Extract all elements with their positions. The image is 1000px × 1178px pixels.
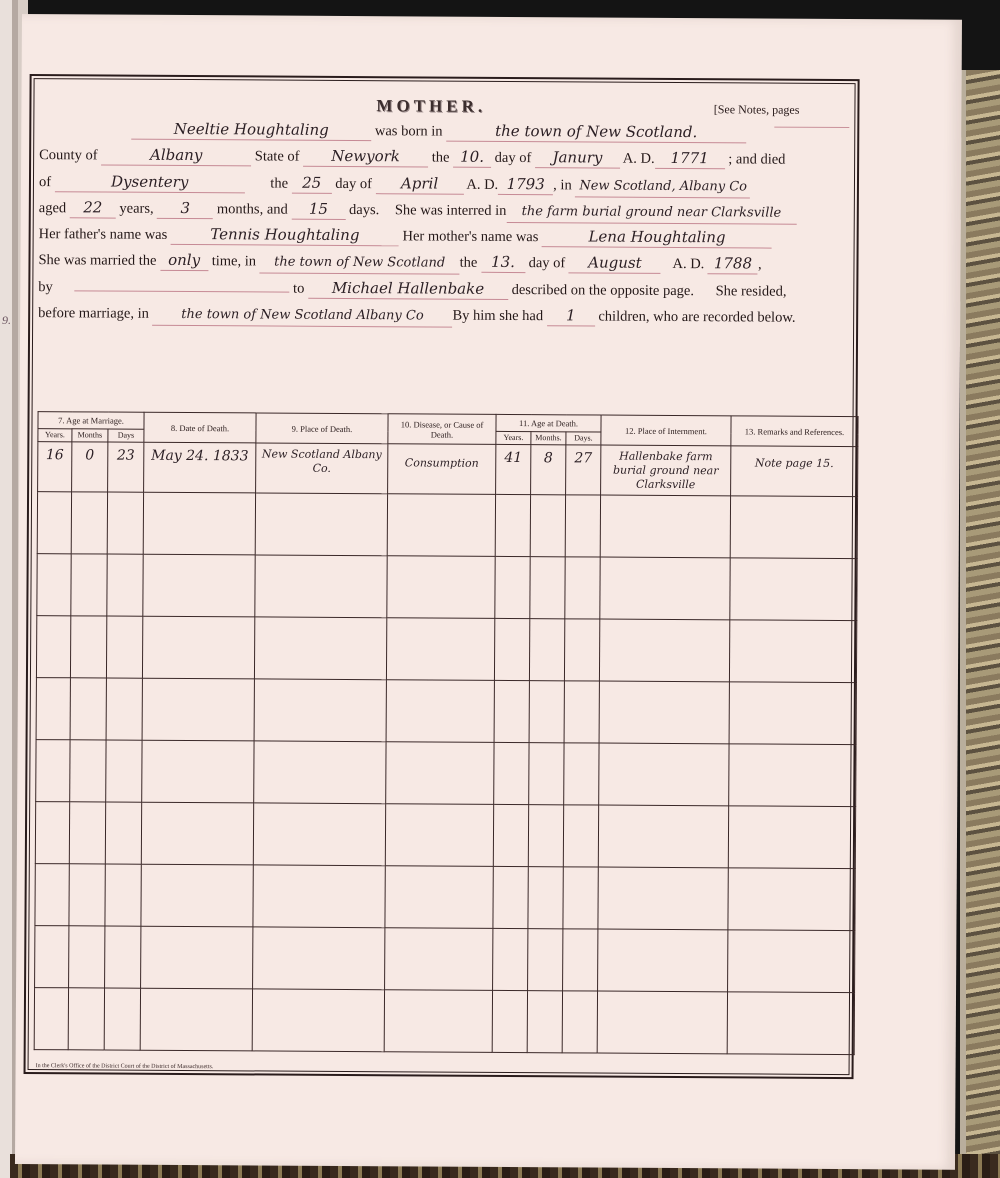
empty-cell[interactable]	[598, 867, 728, 930]
label: day of	[335, 176, 372, 192]
empty-cell[interactable]	[34, 988, 68, 1050]
label: months, and	[217, 201, 288, 217]
empty-cell[interactable]	[69, 926, 105, 988]
cell-text: Note page 15.	[731, 446, 857, 471]
label: the	[432, 150, 450, 166]
empty-cell[interactable]	[529, 619, 564, 681]
empty-cell[interactable]	[529, 743, 564, 805]
empty-cell[interactable]	[70, 740, 106, 802]
empty-cell[interactable]	[142, 678, 254, 741]
empty-cell[interactable]	[387, 494, 495, 557]
empty-cell[interactable]	[564, 743, 599, 805]
empty-cell[interactable]	[384, 990, 492, 1053]
header-date-death: 8. Date of Death.	[144, 412, 256, 443]
empty-cell[interactable]	[385, 866, 493, 929]
empty-cell[interactable]	[255, 555, 387, 618]
cell-text: Hallenbake farm burial ground near Clark…	[601, 446, 730, 493]
empty-cell[interactable]	[600, 557, 730, 620]
empty-cell[interactable]	[254, 617, 386, 680]
empty-cell[interactable]	[493, 866, 528, 928]
empty-cell[interactable]	[728, 868, 855, 931]
margin-notes: 9.	[2, 100, 16, 340]
header-disease: 10. Disease, or Cause of Death.	[388, 414, 496, 445]
label: A. D.	[623, 151, 655, 167]
cell-text: 27	[566, 445, 600, 467]
table-row	[37, 492, 857, 559]
empty-cell[interactable]	[35, 864, 69, 926]
married-time-field[interactable]: only	[160, 250, 208, 271]
empty-cell[interactable]	[106, 616, 142, 678]
empty-cell[interactable]	[529, 681, 564, 743]
empty-cell[interactable]	[386, 680, 494, 743]
empty-cell[interactable]	[492, 990, 527, 1052]
empty-cell[interactable]	[141, 926, 253, 989]
empty-cell[interactable]	[528, 867, 563, 929]
record-form: Neeltie Houghtaling was born in the town…	[38, 116, 849, 331]
death-day-field[interactable]: 25	[292, 172, 332, 193]
death-year-field[interactable]: 1793	[498, 174, 553, 195]
cell-interment[interactable]: Hallenbake farm burial ground near Clark…	[601, 445, 731, 496]
empty-cell[interactable]	[105, 864, 141, 926]
book-binding	[960, 70, 1000, 1178]
empty-cell[interactable]	[528, 929, 563, 991]
empty-cell[interactable]	[141, 802, 253, 865]
label: before marriage, in	[38, 305, 149, 322]
empty-cell[interactable]	[107, 492, 143, 554]
empty-cell[interactable]	[564, 619, 599, 681]
empty-cell[interactable]	[252, 989, 384, 1052]
label: days.	[349, 202, 379, 218]
empty-cell[interactable]	[494, 618, 529, 680]
label: ; and died	[728, 152, 785, 168]
death-place-field[interactable]: New Scotland, Albany Co	[575, 176, 750, 198]
empty-cell[interactable]	[70, 616, 106, 678]
table-row	[34, 988, 854, 1055]
empty-cell[interactable]	[107, 554, 143, 616]
empty-cell[interactable]	[598, 805, 728, 868]
table-row	[36, 678, 856, 745]
spouse-field[interactable]: Michael Hallenbake	[308, 278, 508, 300]
label: was born in	[375, 123, 443, 139]
empty-cell[interactable]	[35, 926, 69, 988]
cell-am-months[interactable]: 0	[72, 442, 108, 492]
cell-am-years[interactable]: 16	[38, 442, 72, 492]
label: day of	[529, 256, 566, 272]
empty-cell[interactable]	[140, 988, 252, 1051]
label: the	[460, 255, 478, 271]
empty-cell[interactable]	[730, 496, 857, 559]
aged-years-field[interactable]: 22	[70, 197, 116, 218]
empty-cell[interactable]	[255, 493, 387, 556]
empty-cell[interactable]	[729, 682, 856, 745]
empty-cell[interactable]	[69, 802, 105, 864]
death-month-field[interactable]: April	[375, 173, 463, 195]
county-field[interactable]: Albany	[101, 145, 251, 167]
header-age-death: 11. Age at Death.	[496, 414, 601, 432]
header-ad-days: Days.	[566, 432, 601, 445]
birth-year-field[interactable]: 1771	[655, 148, 725, 169]
cell-text: Consumption	[388, 444, 495, 471]
empty-cell[interactable]	[141, 864, 253, 927]
header-remarks: 13. Remarks and References.	[731, 416, 858, 447]
page-title: MOTHER.	[376, 96, 486, 117]
empty-cell[interactable]	[142, 616, 254, 679]
empty-cell[interactable]	[68, 988, 104, 1050]
cell-ad-years[interactable]: 41	[496, 444, 531, 494]
empty-cell[interactable]	[106, 740, 142, 802]
children-count-field[interactable]: 1	[547, 305, 595, 326]
empty-cell[interactable]	[386, 618, 494, 681]
empty-cell[interactable]	[493, 928, 528, 990]
empty-cell[interactable]	[253, 865, 385, 928]
label: the	[248, 175, 288, 191]
header-am-months: Months	[72, 429, 108, 442]
interred-field[interactable]: the farm burial ground near Clarksville	[506, 202, 796, 225]
empty-cell[interactable]	[562, 991, 597, 1053]
empty-cell[interactable]	[563, 805, 598, 867]
header-place-death: 9. Place of Death.	[256, 413, 388, 444]
empty-cell[interactable]	[71, 492, 107, 554]
label: A. D.	[664, 256, 704, 272]
register-table: 7. Age at Marriage. 8. Date of Death. 9.…	[34, 411, 859, 1055]
header-interment: 12. Place of Internment.	[601, 415, 731, 446]
empty-cell[interactable]	[600, 495, 730, 558]
empty-cell[interactable]	[105, 926, 141, 988]
empty-cell[interactable]	[727, 992, 854, 1055]
cell-ad-months[interactable]: 8	[531, 445, 566, 495]
empty-cell[interactable]	[729, 620, 856, 683]
cell-am-days[interactable]: 23	[108, 442, 144, 492]
label: A. D.	[466, 176, 498, 192]
cell-text: New Scotland Albany Co.	[256, 443, 387, 476]
empty-cell[interactable]	[527, 991, 562, 1053]
aged-months-field[interactable]: 3	[157, 198, 213, 219]
cell-text: 41	[496, 445, 530, 467]
cell-text: 23	[108, 443, 143, 465]
empty-cell[interactable]	[565, 557, 600, 619]
table-row: 16 0 23 May 24. 1833 New Scotland Albany…	[38, 442, 858, 497]
empty-cell[interactable]	[142, 740, 254, 803]
label: She was interred in	[383, 202, 507, 219]
empty-cell[interactable]	[528, 805, 563, 867]
name-field[interactable]: Neeltie Houghtaling	[131, 119, 371, 141]
header-ad-months: Months.	[531, 432, 566, 445]
label: aged	[39, 200, 66, 216]
header-am-days: Days	[108, 429, 144, 442]
state-field[interactable]: Newyork	[303, 146, 428, 168]
empty-cell[interactable]	[385, 928, 493, 991]
marriage-place-field[interactable]: the town of New Scotland	[260, 253, 460, 275]
empty-rows	[34, 492, 857, 1055]
empty-cell[interactable]	[599, 681, 729, 744]
cell-text: 16	[38, 442, 71, 464]
form-frame: MOTHER. [See Notes, pages Neeltie Hought…	[24, 74, 860, 1079]
cell-text: 0	[72, 442, 107, 464]
empty-cell[interactable]	[387, 556, 495, 619]
empty-cell[interactable]	[36, 678, 70, 740]
marriage-day-field[interactable]: 13.	[481, 252, 525, 273]
table-row	[36, 616, 856, 683]
empty-cell[interactable]	[36, 616, 70, 678]
empty-cell[interactable]	[563, 867, 598, 929]
birth-day-field[interactable]: 10.	[453, 147, 491, 168]
cell-remarks[interactable]: Note page 15.	[731, 446, 858, 497]
empty-cell[interactable]	[386, 742, 494, 805]
label: by	[38, 279, 53, 295]
empty-cell[interactable]	[495, 556, 530, 618]
empty-cell[interactable]	[564, 681, 599, 743]
label: years,	[119, 200, 153, 216]
table-row	[37, 554, 857, 621]
empty-cell[interactable]	[730, 558, 857, 621]
empty-cell[interactable]	[254, 679, 386, 742]
cell-disease[interactable]: Consumption	[388, 444, 496, 495]
empty-cell[interactable]	[494, 742, 529, 804]
table-row	[35, 864, 855, 931]
label: described on the opposite page.	[512, 282, 695, 299]
empty-cell[interactable]	[36, 740, 70, 802]
marriage-year-field[interactable]: 1788	[708, 254, 758, 275]
label: County of	[39, 147, 98, 163]
empty-cell[interactable]	[253, 927, 385, 990]
see-notes-label: [See Notes, pages	[714, 102, 800, 118]
empty-cell[interactable]	[385, 804, 493, 867]
table-row	[36, 740, 856, 807]
cause-field[interactable]: Dysentery	[55, 171, 245, 193]
empty-cell[interactable]	[597, 991, 727, 1054]
empty-cell[interactable]	[254, 741, 386, 804]
father-field[interactable]: Tennis Houghtaling	[171, 224, 399, 246]
empty-cell[interactable]	[37, 554, 71, 616]
label: to	[293, 280, 304, 296]
empty-cell[interactable]	[37, 492, 71, 554]
header-age-marriage: 7. Age at Marriage.	[38, 412, 144, 430]
cell-text: 8	[531, 445, 565, 467]
table-row	[35, 926, 855, 993]
empty-cell[interactable]	[105, 802, 141, 864]
label: Her mother's name was	[402, 229, 538, 246]
empty-cell[interactable]	[530, 557, 565, 619]
empty-cell[interactable]	[728, 930, 855, 993]
empty-cell[interactable]	[728, 806, 855, 869]
cell-ad-days[interactable]: 27	[566, 445, 601, 495]
empty-cell[interactable]	[253, 803, 385, 866]
empty-cell[interactable]	[106, 678, 142, 740]
empty-cell[interactable]	[71, 554, 107, 616]
empty-cell[interactable]	[495, 494, 530, 556]
cell-text: May 24. 1833	[144, 443, 255, 466]
empty-cell[interactable]	[35, 802, 69, 864]
label: of	[39, 174, 51, 190]
empty-cell[interactable]	[598, 929, 728, 992]
empty-cell[interactable]	[599, 619, 729, 682]
birthplace-field[interactable]: the town of New Scotland.	[446, 121, 746, 144]
label: State of	[255, 149, 300, 165]
empty-cell[interactable]	[530, 495, 565, 557]
empty-cell[interactable]	[565, 495, 600, 557]
empty-cell[interactable]	[729, 744, 856, 807]
cell-date-death[interactable]: May 24. 1833	[144, 442, 256, 493]
label: , in	[553, 177, 572, 193]
label: day of	[495, 150, 532, 166]
empty-cell[interactable]	[493, 804, 528, 866]
aged-days-field[interactable]: 15	[291, 199, 345, 220]
copyright-notice: In the Clerk's Office of the District Co…	[36, 1063, 214, 1070]
marriage-month-field[interactable]: August	[569, 253, 661, 275]
empty-cell[interactable]	[70, 678, 106, 740]
empty-cell[interactable]	[599, 743, 729, 806]
label: children, who are recorded below.	[598, 309, 795, 326]
birth-month-field[interactable]: Janury	[535, 147, 620, 169]
empty-cell[interactable]	[494, 680, 529, 742]
cell-place-death[interactable]: New Scotland Albany Co.	[256, 443, 388, 494]
empty-cell[interactable]	[563, 929, 598, 991]
header-am-years: Years.	[38, 429, 72, 442]
header-ad-years: Years.	[496, 431, 531, 444]
empty-cell[interactable]	[69, 864, 105, 926]
empty-cell[interactable]	[104, 988, 140, 1050]
empty-cell[interactable]	[143, 492, 255, 555]
table-row	[35, 802, 855, 869]
mother-field[interactable]: Lena Houghtaling	[542, 226, 772, 248]
label: time, in	[212, 254, 256, 270]
register-page: MOTHER. [See Notes, pages Neeltie Hought…	[15, 14, 962, 1170]
officiant-field[interactable]	[74, 290, 289, 292]
label: She was married the	[38, 253, 156, 270]
label: By him she had	[452, 308, 543, 325]
label: She resided,	[698, 283, 787, 300]
residence-field[interactable]: the town of New Scotland Albany Co	[152, 305, 452, 328]
empty-cell[interactable]	[143, 554, 255, 617]
label: Her father's name was	[39, 226, 168, 243]
